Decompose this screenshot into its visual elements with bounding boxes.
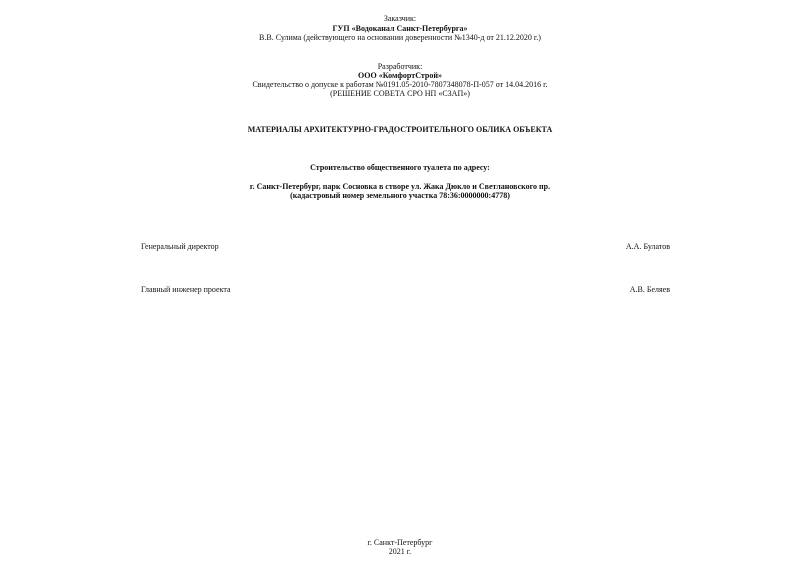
footer-year: 2021 г. — [0, 547, 800, 557]
customer-label: Заказчик: — [0, 14, 800, 24]
signature-name: А.А. Булатов — [626, 242, 670, 252]
developer-decision: (РЕШЕНИЕ СОВЕТА СРО НП «СЗАП») — [0, 89, 800, 99]
signature-position: Генеральный директор — [141, 242, 219, 252]
signature-position: Главный инженер проекта — [141, 285, 231, 295]
customer-representative: В.В. Сулима (действующего на основании д… — [0, 33, 800, 43]
signature-name: А.В. Беляев — [630, 285, 670, 295]
object-subject: Строительство общественного туалета по а… — [0, 163, 800, 173]
object-cadastral-number: (кадастровый номер земельного участка 78… — [0, 191, 800, 201]
document-title: МАТЕРИАЛЫ АРХИТЕКТУРНО-ГРАДОСТРОИТЕЛЬНОГ… — [0, 125, 800, 135]
